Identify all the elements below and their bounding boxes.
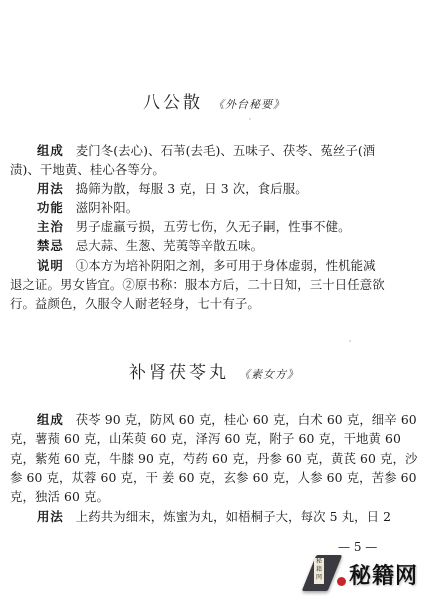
entry-label: 禁忌: [37, 238, 64, 253]
entry-text: 茯苓 90 克，防风 60 克，桂心 60 克，白术 60 克，细辛 60: [76, 412, 417, 427]
scan-speck: [349, 340, 351, 342]
entry-label: 组成: [37, 412, 64, 427]
book-page: 八公散《外台秘要》 组成麦门冬(去心)、石苇(去毛)、五味子、茯苓、菟丝子(酒 …: [0, 0, 428, 599]
entry-composition: 组成麦门冬(去心)、石苇(去毛)、五味子、茯苓、菟丝子(酒: [37, 143, 417, 159]
red-seal-icon: [337, 577, 346, 586]
section-title-bushen-fuling-wan: 补肾茯苓丸《素女方》: [0, 358, 428, 383]
watermark-logo: 秘籍网 秘籍网: [305, 553, 425, 595]
entry-function: 功能滋阴补阳。: [37, 200, 417, 216]
entry-label: 用法: [37, 181, 64, 196]
entry-text: 男子虚羸亏损，五劳七伤，久无子嗣，性事不健。: [76, 219, 351, 234]
entry-text: 克，薯蓣 60 克，山茱萸 60 克，泽泻 60 克，附子 60 克，干地黄 6…: [10, 431, 401, 446]
book-cover-label: 秘籍网: [314, 558, 324, 584]
entry-text: 渍)、干地黄、桂心各等分。: [10, 162, 165, 177]
watermark-text: 秘籍网: [349, 559, 418, 590]
entry-composition-cont: 克，独活 60 克。: [10, 489, 416, 505]
entry-composition-cont: 渍)、干地黄、桂心各等分。: [10, 162, 416, 178]
entry-usage: 用法捣筛为散，每服 3 克，日 3 次，食后服。: [37, 181, 417, 197]
entry-usage: 用法上药共为细末，炼蜜为丸，如梧桐子大，每次 5 丸，日 2: [37, 509, 417, 525]
entry-text: 克，独活 60 克。: [10, 489, 109, 504]
entry-label: 用法: [37, 509, 64, 524]
page-number: — 5 —: [338, 540, 377, 554]
formula-source: 《外台秘要》: [213, 98, 285, 111]
entry-notes-cont: 退之证。男女皆宜。②原书称：服本方后，二十日知，三十日任意欲: [10, 277, 416, 293]
entry-contraindications: 禁忌忌大蒜、生葱、芜荑等辛散五味。: [37, 238, 417, 254]
entry-text: 忌大蒜、生葱、芜荑等辛散五味。: [76, 238, 263, 253]
entry-text: 上药共为细末，炼蜜为丸，如梧桐子大，每次 5 丸，日 2: [76, 509, 391, 524]
entry-notes: 说明①本方为培补阴阳之剂，多可用于身体虚弱，性机能减: [37, 258, 417, 274]
formula-source: 《素女方》: [239, 368, 299, 381]
entry-text: 参 60 克，苁蓉 60 克，干 姜 60 克，玄参 60 克，人参 60 克，…: [10, 470, 417, 485]
entry-text: 滋阴补阳。: [76, 200, 138, 215]
entry-composition-cont: 克，紫苑 60 克，牛膝 90 克，芍药 60 克，丹参 60 克，黄芪 60 …: [10, 451, 416, 467]
entry-composition-cont: 参 60 克，苁蓉 60 克，干 姜 60 克，玄参 60 克，人参 60 克，…: [10, 470, 416, 486]
entry-text: 退之证。男女皆宜。②原书称：服本方后，二十日知，三十日任意欲: [10, 277, 385, 292]
entry-text: 麦门冬(去心)、石苇(去毛)、五味子、茯苓、菟丝子(酒: [76, 143, 375, 158]
entry-notes-cont: 行。益颜色，久服令人耐老轻身，七十有子。: [10, 296, 416, 312]
section-title-bagong-san: 八公散《外台秘要》: [0, 88, 428, 113]
formula-name: 补肾茯苓丸: [129, 363, 229, 383]
entry-label: 组成: [37, 143, 64, 158]
entry-text: 克，紫苑 60 克，牛膝 90 克，芍药 60 克，丹参 60 克，黄芪 60 …: [10, 451, 418, 466]
entry-text: ①本方为培补阴阳之剂，多可用于身体虚弱，性机能减: [76, 258, 376, 273]
entry-text: 捣筛为散，每服 3 克，日 3 次，食后服。: [76, 181, 308, 196]
entry-composition: 组成茯苓 90 克，防风 60 克，桂心 60 克，白术 60 克，细辛 60: [37, 412, 417, 428]
entry-label: 功能: [37, 200, 64, 215]
entry-indications: 主治男子虚羸亏损，五劳七伤，久无子嗣，性事不健。: [37, 219, 417, 235]
scan-speck: [249, 118, 251, 120]
entry-label: 说明: [37, 258, 64, 273]
formula-name: 八公散: [143, 93, 203, 113]
entry-composition-cont: 克，薯蓣 60 克，山茱萸 60 克，泽泻 60 克，附子 60 克，干地黄 6…: [10, 431, 416, 447]
entry-text: 行。益颜色，久服令人耐老轻身，七十有子。: [10, 296, 260, 311]
entry-label: 主治: [37, 219, 64, 234]
